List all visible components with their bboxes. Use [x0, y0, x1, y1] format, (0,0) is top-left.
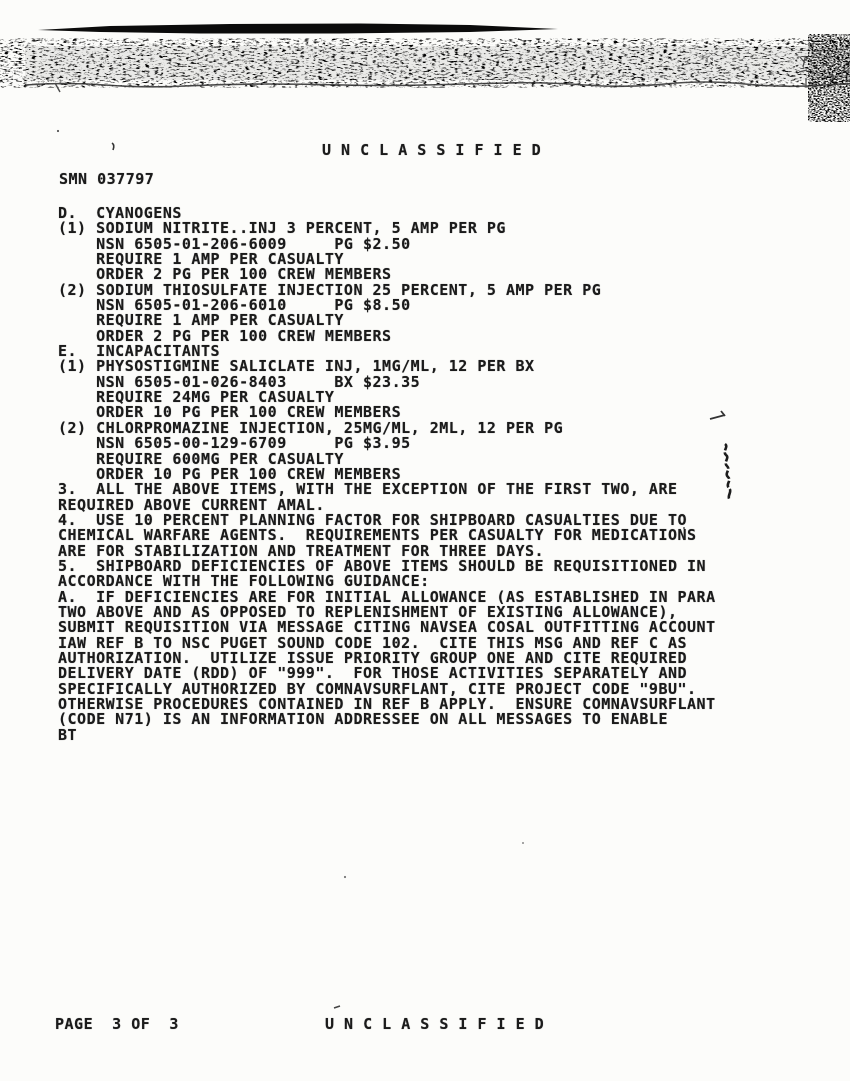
stray-mark-backslash: [55, 83, 60, 92]
stray-mark-comma: [112, 143, 114, 150]
message-serial-number: SMN 037797: [59, 170, 154, 188]
scan-noise-band: [25, 41, 850, 85]
classification-banner-bottom: U N C L A S S I F I E D: [325, 1015, 544, 1033]
stray-speck-2: [522, 842, 524, 844]
stray-speck-3: [344, 876, 346, 878]
body-line: (CODE N71) IS AN INFORMATION ADDRESSEE O…: [58, 712, 716, 727]
stray-mark-dot: [57, 130, 59, 132]
footer-tick-mark: [334, 1006, 340, 1008]
scanned-document-page: U N C L A S S I F I E D SMN 037797 D. CY…: [0, 0, 850, 1081]
scan-band-underline: [25, 82, 850, 87]
body-line: BT: [58, 728, 716, 743]
scanner-edge-streak: [38, 24, 558, 34]
scan-noise-underlay: [25, 46, 850, 80]
page-indicator: PAGE 3 OF 3: [55, 1015, 179, 1033]
scan-noise-band-right-edge: [810, 38, 850, 118]
margin-squiggle-mark: [725, 444, 731, 500]
classification-banner-top: U N C L A S S I F I E D: [322, 141, 541, 159]
message-body-text: D. CYANOGENS(1) SODIUM NITRITE..INJ 3 PE…: [58, 206, 716, 743]
stray-marks-top-right: [799, 57, 813, 111]
